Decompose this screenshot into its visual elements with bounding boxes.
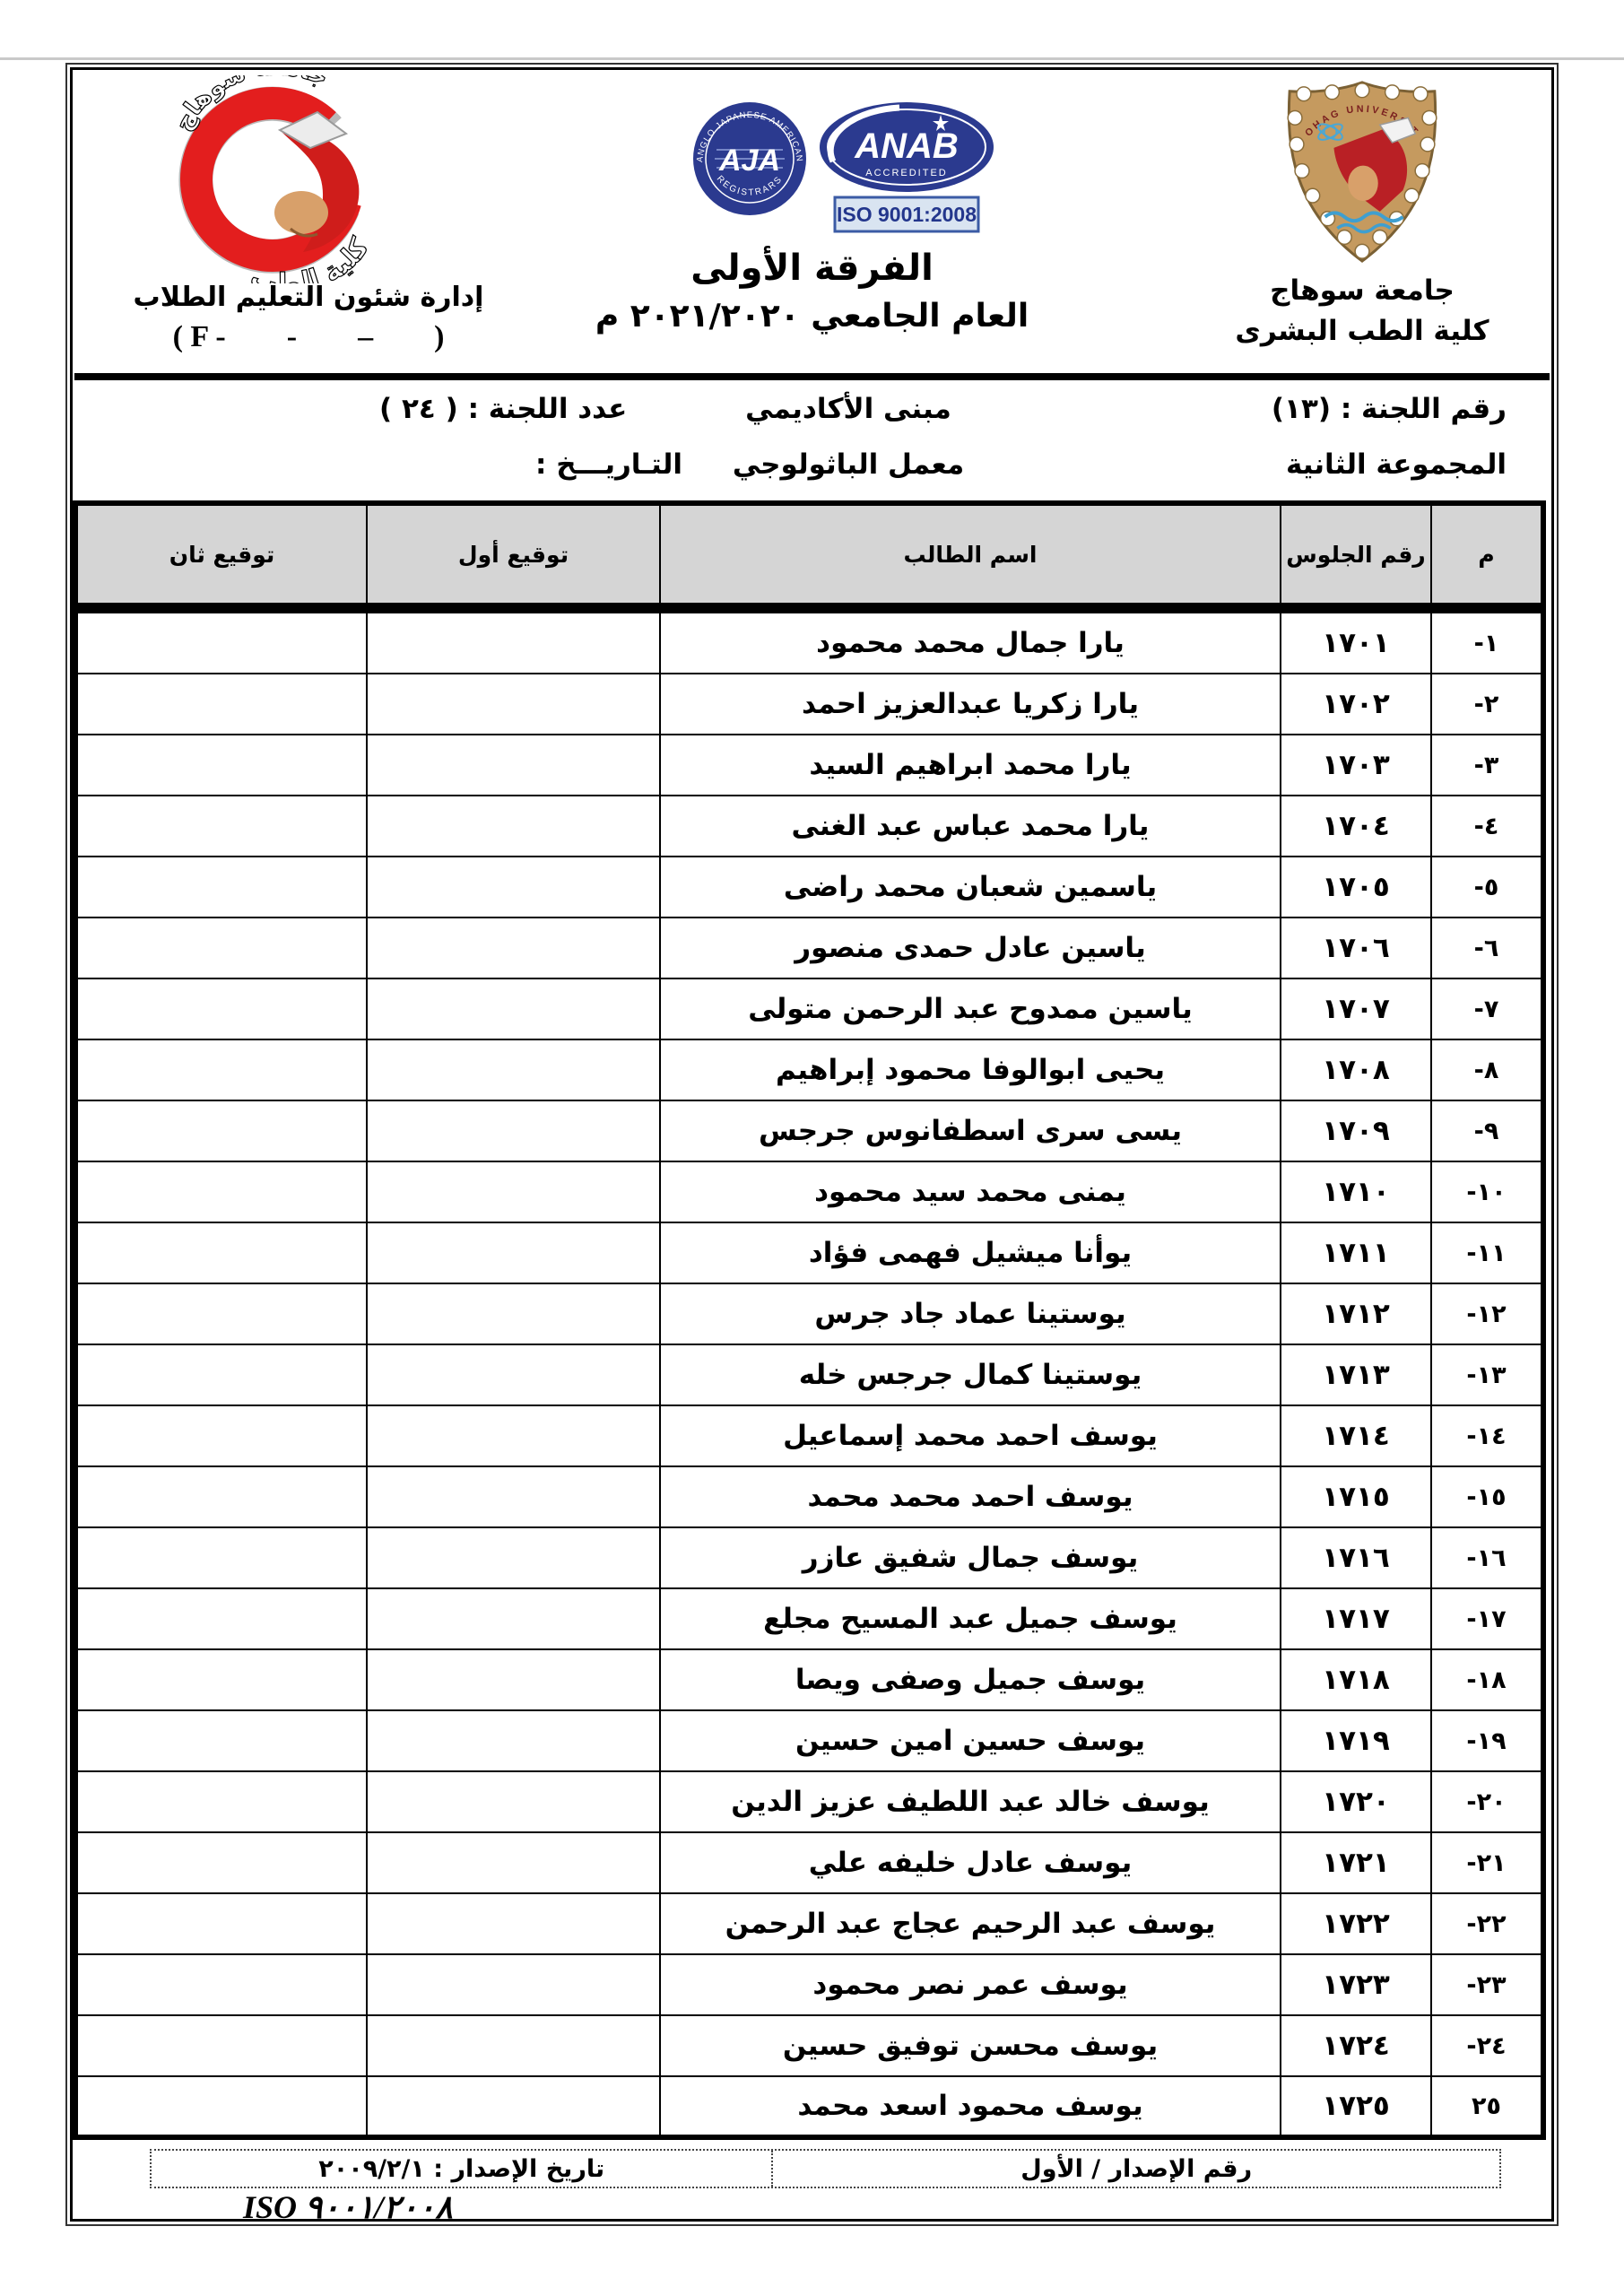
seat-number-cell: ١٧٠٢ bbox=[1281, 674, 1431, 735]
first-signature-cell bbox=[367, 1344, 660, 1405]
first-signature-cell bbox=[367, 1588, 660, 1649]
anab-name: ANAB bbox=[854, 126, 959, 166]
serial-cell: ١٩- bbox=[1431, 1710, 1543, 1771]
student-name-cell: ياسين عادل حمدى منصور bbox=[660, 918, 1281, 978]
room-label: معمل الباثولوجي bbox=[700, 448, 996, 481]
col-header-name: اسم الطالب bbox=[660, 503, 1281, 604]
header-right-block: SOHAG UNIVERSITY جامعة سوهاج كلية الطب ا… bbox=[1205, 77, 1519, 352]
issue-number: رقم الإصدار / الأول bbox=[771, 2151, 1499, 2187]
second-signature-cell bbox=[75, 1710, 367, 1771]
table-row: ٥-١٧٠٥ياسمين شعبان محمد راضى bbox=[75, 857, 1543, 918]
table-row: ٢٠-١٧٢٠يوسف خالد عبد اللطيف عزيز الدين bbox=[75, 1771, 1543, 1832]
student-name-cell: يوسف عبد الرحيم عجاج عبد الرحمن bbox=[660, 1893, 1281, 1954]
second-signature-cell bbox=[75, 796, 367, 857]
student-name-cell: يسى سرى اسطفانوس جرجس bbox=[660, 1100, 1281, 1161]
second-signature-cell bbox=[75, 1161, 367, 1222]
header-center-block: ANAB ACCREDITED ISO 9001:2008 AJA bbox=[543, 100, 1081, 335]
iso-9001-label: ISO 9001:2008 bbox=[836, 203, 976, 226]
seat-number-cell: ١٧١٤ bbox=[1281, 1405, 1431, 1466]
header-divider-rule bbox=[74, 373, 1550, 380]
serial-cell: ٢٤- bbox=[1431, 2015, 1543, 2076]
table-row: ٢٥١٧٢٥يوسف محمود اسعد محمد bbox=[75, 2076, 1543, 2137]
seat-number-cell: ١٧١٣ bbox=[1281, 1344, 1431, 1405]
table-row: ١٢-١٧١٢يوستينا عماد جاد جرس bbox=[75, 1283, 1543, 1344]
serial-cell: ٩- bbox=[1431, 1100, 1543, 1161]
date-label: التـاريـــخ : bbox=[535, 448, 682, 481]
faculty-crescent-logo: جامعة سوهاج كلية الطب bbox=[147, 75, 416, 287]
student-table-body: ١-١٧٠١يارا جمال محمد محمود٢-١٧٠٢يارا زكر… bbox=[75, 613, 1543, 2137]
aja-badge: AJA ANGLO JAPANESE AMERICAN REGISTRARS bbox=[691, 100, 808, 221]
first-signature-cell bbox=[367, 1649, 660, 1710]
first-signature-cell bbox=[367, 1466, 660, 1527]
table-row: ١٥-١٧١٥يوسف احمد محمد محمد bbox=[75, 1466, 1543, 1527]
issue-date: تاريخ الإصدار : ٢٠٠٩/٢/١ bbox=[152, 2151, 771, 2187]
footer-issue-bar: رقم الإصدار / الأول تاريخ الإصدار : ٢٠٠٩… bbox=[150, 2149, 1501, 2188]
student-name-cell: يوسف جميل عبد المسيح مجلع bbox=[660, 1588, 1281, 1649]
col-header-sig2: توقيع ثان bbox=[75, 503, 367, 604]
first-signature-cell bbox=[367, 1710, 660, 1771]
serial-cell: ٨- bbox=[1431, 1039, 1543, 1100]
table-row: ١-١٧٠١يارا جمال محمد محمود bbox=[75, 613, 1543, 674]
aja-name: AJA bbox=[717, 143, 779, 178]
student-name-cell: يوسف جميل وصفى ويصا bbox=[660, 1649, 1281, 1710]
table-row: ٦-١٧٠٦ياسين عادل حمدى منصور bbox=[75, 918, 1543, 978]
first-signature-cell bbox=[367, 796, 660, 857]
student-name-cell: يوسف عادل خليفه علي bbox=[660, 1832, 1281, 1893]
table-row: ٨-١٧٠٨يحيى ابوالوفا محمود إبراهيم bbox=[75, 1039, 1543, 1100]
student-name-cell: يوأنا ميشيل فهمى فؤاد bbox=[660, 1222, 1281, 1283]
table-row: ٣-١٧٠٣يارا محمد ابراهيم السيد bbox=[75, 735, 1543, 796]
student-name-cell: يوسف احمد محمد إسماعيل bbox=[660, 1405, 1281, 1466]
student-name-cell: يارا محمد ابراهيم السيد bbox=[660, 735, 1281, 796]
second-signature-cell bbox=[75, 613, 367, 674]
first-signature-cell bbox=[367, 1954, 660, 2015]
first-signature-cell bbox=[367, 735, 660, 796]
seat-number-cell: ١٧١٨ bbox=[1281, 1649, 1431, 1710]
seat-number-cell: ١٧٠٩ bbox=[1281, 1100, 1431, 1161]
serial-cell: ٢٠- bbox=[1431, 1771, 1543, 1832]
seat-number-cell: ١٧٠١ bbox=[1281, 613, 1431, 674]
committee-number: رقم اللجنة : (١٣) bbox=[1272, 393, 1507, 425]
first-signature-cell bbox=[367, 1405, 660, 1466]
seat-number-cell: ١٧١٠ bbox=[1281, 1161, 1431, 1222]
student-name-cell: يوسف محسن توفيق حسين bbox=[660, 2015, 1281, 2076]
first-signature-cell bbox=[367, 1222, 660, 1283]
second-signature-cell bbox=[75, 1771, 367, 1832]
anab-iso-badge: ANAB ACCREDITED ISO 9001:2008 bbox=[817, 100, 996, 239]
col-header-serial: م bbox=[1431, 503, 1543, 604]
serial-cell: ٢٢- bbox=[1431, 1893, 1543, 1954]
student-name-cell: ياسين ممدوح عبد الرحمن متولى bbox=[660, 978, 1281, 1039]
seat-number-cell: ١٧١١ bbox=[1281, 1222, 1431, 1283]
table-row: ٢٣-١٧٢٣يوسف عمر نصر محمود bbox=[75, 1954, 1543, 2015]
student-name-cell: يحيى ابوالوفا محمود إبراهيم bbox=[660, 1039, 1281, 1100]
second-signature-cell bbox=[75, 1039, 367, 1100]
serial-cell: ١- bbox=[1431, 613, 1543, 674]
student-name-cell: يوستينا عماد جاد جرس bbox=[660, 1283, 1281, 1344]
table-row: ١٠-١٧١٠يمنى محمد سيد محمود bbox=[75, 1161, 1543, 1222]
serial-cell: ١٠- bbox=[1431, 1161, 1543, 1222]
student-name-cell: يارا زكريا عبدالعزيز احمد bbox=[660, 674, 1281, 735]
second-signature-cell bbox=[75, 1588, 367, 1649]
serial-cell: ١٢- bbox=[1431, 1283, 1543, 1344]
first-signature-cell bbox=[367, 1527, 660, 1588]
first-signature-cell bbox=[367, 1283, 660, 1344]
seat-number-cell: ١٧١٩ bbox=[1281, 1710, 1431, 1771]
seat-number-cell: ١٧٢٥ bbox=[1281, 2076, 1431, 2137]
first-signature-cell bbox=[367, 1832, 660, 1893]
second-signature-cell bbox=[75, 1527, 367, 1588]
first-signature-cell bbox=[367, 674, 660, 735]
student-table: م رقم الجلوس اسم الطالب توقيع أول توقيع … bbox=[78, 500, 1546, 2140]
first-signature-cell bbox=[367, 1771, 660, 1832]
serial-cell: ٢٣- bbox=[1431, 1954, 1543, 2015]
seat-number-cell: ١٧٠٦ bbox=[1281, 918, 1431, 978]
second-signature-cell bbox=[75, 1283, 367, 1344]
university-name: جامعة سوهاج bbox=[1205, 271, 1519, 311]
first-signature-cell bbox=[367, 2076, 660, 2137]
seat-number-cell: ١٧١٧ bbox=[1281, 1588, 1431, 1649]
table-row: ١٨-١٧١٨يوسف جميل وصفى ويصا bbox=[75, 1649, 1543, 1710]
second-signature-cell bbox=[75, 735, 367, 796]
crescent-logo-icon: جامعة سوهاج كلية الطب bbox=[147, 75, 416, 283]
student-name-cell: يوسف خالد عبد اللطيف عزيز الدين bbox=[660, 1771, 1281, 1832]
faculty-name: كلية الطب البشرى bbox=[1205, 311, 1519, 352]
committee-count: عدد اللجنة : ( ٢٤ ) bbox=[379, 393, 627, 425]
col-header-sig1: توقيع أول bbox=[367, 503, 660, 604]
seat-number-cell: ١٧٢١ bbox=[1281, 1832, 1431, 1893]
building-label: مبنى الأكاديمي bbox=[700, 393, 996, 425]
serial-cell: ٣- bbox=[1431, 735, 1543, 796]
second-signature-cell bbox=[75, 1405, 367, 1466]
student-name-cell: يمنى محمد سيد محمود bbox=[660, 1161, 1281, 1222]
table-row: ٢١-١٧٢١يوسف عادل خليفه علي bbox=[75, 1832, 1543, 1893]
serial-cell: ٧- bbox=[1431, 978, 1543, 1039]
seat-number-cell: ١٧٠٣ bbox=[1281, 735, 1431, 796]
serial-cell: ٤- bbox=[1431, 796, 1543, 857]
serial-cell: ٢٥ bbox=[1431, 2076, 1543, 2137]
serial-cell: ١٣- bbox=[1431, 1344, 1543, 1405]
page-frame: جامعة سوهاج كلية الطب إدارة شئون التعليم… bbox=[65, 63, 1559, 2226]
table-row: ١٦-١٧١٦يوسف جمال شفيق عازر bbox=[75, 1527, 1543, 1588]
student-name-cell: يوستينا كمال جرجس خله bbox=[660, 1344, 1281, 1405]
first-signature-cell bbox=[367, 613, 660, 674]
seat-number-cell: ١٧٢٤ bbox=[1281, 2015, 1431, 2076]
second-signature-cell bbox=[75, 1893, 367, 1954]
anab-sub: ACCREDITED bbox=[865, 168, 948, 178]
seat-number-cell: ١٧٠٤ bbox=[1281, 796, 1431, 857]
serial-cell: ١٧- bbox=[1431, 1588, 1543, 1649]
serial-cell: ١٨- bbox=[1431, 1649, 1543, 1710]
seat-number-cell: ١٧٢٢ bbox=[1281, 1893, 1431, 1954]
table-row: ١٤-١٧١٤يوسف احمد محمد إسماعيل bbox=[75, 1405, 1543, 1466]
exam-committee-sheet: { "header": { "university": "جامعة سوهاج… bbox=[0, 0, 1624, 2296]
group-label: المجموعة الثانية bbox=[1286, 448, 1507, 481]
form-code: ( F - - – ) bbox=[98, 320, 519, 354]
aja-badge-icon: AJA ANGLO JAPANESE AMERICAN REGISTRARS bbox=[691, 100, 808, 217]
table-row: ٧-١٧٠٧ياسين ممدوح عبد الرحمن متولى bbox=[75, 978, 1543, 1039]
second-signature-cell bbox=[75, 1222, 367, 1283]
first-signature-cell bbox=[367, 1161, 660, 1222]
serial-cell: ٥- bbox=[1431, 857, 1543, 918]
table-row: ٢٤-١٧٢٤يوسف محسن توفيق حسين bbox=[75, 2015, 1543, 2076]
university-shield-icon: SOHAG UNIVERSITY bbox=[1272, 77, 1452, 267]
anab-badge-icon: ANAB ACCREDITED ISO 9001:2008 bbox=[817, 100, 996, 235]
student-name-cell: يوسف عمر نصر محمود bbox=[660, 1954, 1281, 2015]
serial-cell: ٢١- bbox=[1431, 1832, 1543, 1893]
second-signature-cell bbox=[75, 918, 367, 978]
seat-number-cell: ١٧١٥ bbox=[1281, 1466, 1431, 1527]
second-signature-cell bbox=[75, 2076, 367, 2137]
serial-cell: ١٥- bbox=[1431, 1466, 1543, 1527]
student-name-cell: يارا محمد عباس عبد الغنى bbox=[660, 796, 1281, 857]
serial-cell: ٦- bbox=[1431, 918, 1543, 978]
seat-number-cell: ١٧٠٨ bbox=[1281, 1039, 1431, 1100]
first-signature-cell bbox=[367, 857, 660, 918]
col-header-seat: رقم الجلوس bbox=[1281, 503, 1431, 604]
second-signature-cell bbox=[75, 1344, 367, 1405]
table-header-row: م رقم الجلوس اسم الطالب توقيع أول توقيع … bbox=[75, 503, 1543, 604]
student-name-cell: يوسف جمال شفيق عازر bbox=[660, 1527, 1281, 1588]
seat-number-cell: ١٧٠٧ bbox=[1281, 978, 1431, 1039]
second-signature-cell bbox=[75, 674, 367, 735]
table-row: ٢-١٧٠٢يارا زكريا عبدالعزيز احمد bbox=[75, 674, 1543, 735]
first-signature-cell bbox=[367, 978, 660, 1039]
seat-number-cell: ١٧٢٣ bbox=[1281, 1954, 1431, 2015]
header-left-block: جامعة سوهاج كلية الطب إدارة شئون التعليم… bbox=[98, 75, 519, 354]
academic-year: العام الجامعي ٢٠٢١/٢٠٢٠ م bbox=[543, 298, 1081, 335]
seat-number-cell: ١٧٢٠ bbox=[1281, 1771, 1431, 1832]
second-signature-cell bbox=[75, 1466, 367, 1527]
second-signature-cell bbox=[75, 1100, 367, 1161]
seat-number-cell: ١٧١٢ bbox=[1281, 1283, 1431, 1344]
page-top-scan-line bbox=[0, 57, 1624, 60]
table-row: ٩-١٧٠٩يسى سرى اسطفانوس جرجس bbox=[75, 1100, 1543, 1161]
iso-certification-label: ISO ٩٠٠١/٢٠٠٨ bbox=[243, 2188, 453, 2226]
first-signature-cell bbox=[367, 1039, 660, 1100]
seat-number-cell: ١٧٠٥ bbox=[1281, 857, 1431, 918]
second-signature-cell bbox=[75, 2015, 367, 2076]
table-row: ١٣-١٧١٣يوستينا كمال جرجس خله bbox=[75, 1344, 1543, 1405]
first-signature-cell bbox=[367, 2015, 660, 2076]
second-signature-cell bbox=[75, 978, 367, 1039]
student-name-cell: يوسف محمود اسعد محمد bbox=[660, 2076, 1281, 2137]
student-name-cell: يوسف احمد محمد محمد bbox=[660, 1466, 1281, 1527]
first-signature-cell bbox=[367, 1893, 660, 1954]
student-name-cell: يوسف حسين امين حسين bbox=[660, 1710, 1281, 1771]
first-signature-cell bbox=[367, 1100, 660, 1161]
table-row: ٢٢-١٧٢٢يوسف عبد الرحيم عجاج عبد الرحمن bbox=[75, 1893, 1543, 1954]
second-signature-cell bbox=[75, 1954, 367, 2015]
table-row: ٤-١٧٠٤يارا محمد عباس عبد الغنى bbox=[75, 796, 1543, 857]
header-separator-band bbox=[75, 604, 1543, 613]
serial-cell: ٢- bbox=[1431, 674, 1543, 735]
table-row: ١٩-١٧١٩يوسف حسين امين حسين bbox=[75, 1710, 1543, 1771]
seat-number-cell: ١٧١٦ bbox=[1281, 1527, 1431, 1588]
second-signature-cell bbox=[75, 1832, 367, 1893]
serial-cell: ١٤- bbox=[1431, 1405, 1543, 1466]
student-name-cell: يارا جمال محمد محمود bbox=[660, 613, 1281, 674]
grade-title: الفرقة الأولى bbox=[543, 248, 1081, 289]
first-signature-cell bbox=[367, 918, 660, 978]
second-signature-cell bbox=[75, 1649, 367, 1710]
second-signature-cell bbox=[75, 857, 367, 918]
student-name-cell: ياسمين شعبان محمد راضى bbox=[660, 857, 1281, 918]
table-row: ١٧-١٧١٧يوسف جميل عبد المسيح مجلع bbox=[75, 1588, 1543, 1649]
serial-cell: ١٦- bbox=[1431, 1527, 1543, 1588]
table-row: ١١-١٧١١يوأنا ميشيل فهمى فؤاد bbox=[75, 1222, 1543, 1283]
serial-cell: ١١- bbox=[1431, 1222, 1543, 1283]
